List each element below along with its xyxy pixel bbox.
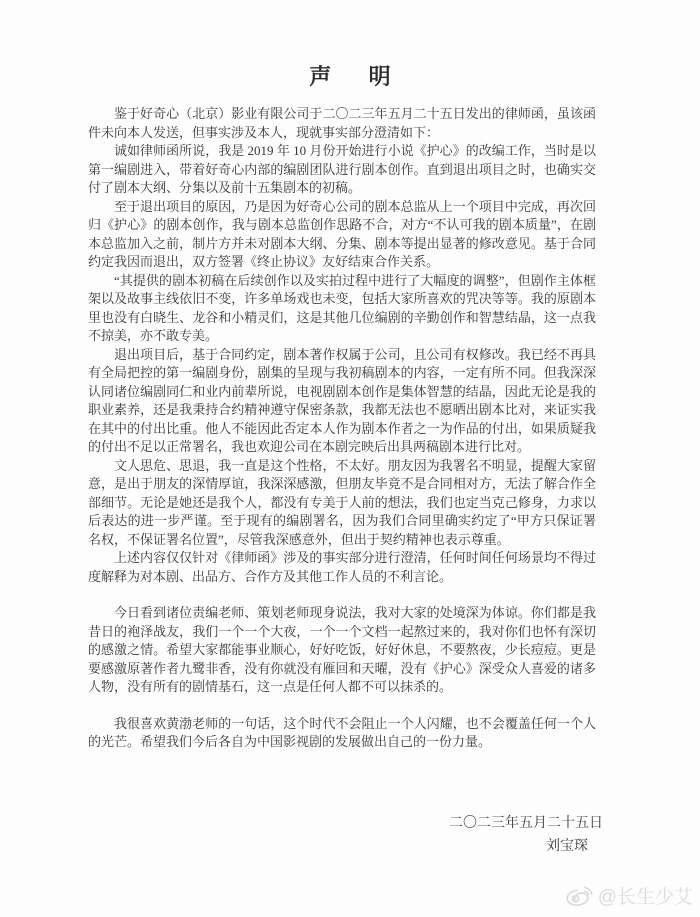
paragraph-5: 退出项目后，基于合同约定，剧本著作权属于公司，且公司有权修改。我已经不再具有全局… xyxy=(88,346,596,457)
paragraph-6: 文人思危、思退，我一直是这个性格，不太好。朋友因为我署名不明显，提醒大家留意，是… xyxy=(88,457,596,550)
paragraph-3: 至于退出项目的原因，乃是因为好奇心公司的剧本总监从上一个项目中完成，再次回归《护… xyxy=(88,198,596,272)
document-title: 声 明 xyxy=(0,60,700,91)
paragraph-4: “其提供的剧本初稿在后续创作以及实拍过程中进行了大幅度的调整”，但剧作主体框架以… xyxy=(88,272,596,346)
weibo-logo-icon xyxy=(564,882,595,909)
statement-document-page: 声 明 鉴于好奇心（北京）影业有限公司于二〇二三年五月二十五日发出的律师函，虽该… xyxy=(0,0,700,917)
signature-name: 刘宝琛 xyxy=(0,835,588,858)
watermark: @长生少艾 xyxy=(564,882,693,909)
document-body: 鉴于好奇心（北京）影业有限公司于二〇二三年五月二十五日发出的律师函，虽该函件未向… xyxy=(88,105,596,752)
paragraph-1: 鉴于好奇心（北京）影业有限公司于二〇二三年五月二十五日发出的律师函，虽该函件未向… xyxy=(88,105,596,142)
watermark-handle: @长生少艾 xyxy=(598,882,693,909)
paragraph-8: 今日看到诸位责编老师、策划老师现身说法，我对大家的处境深为体谅。你们都是我昔日的… xyxy=(88,604,596,697)
date-line: 二〇二三年五月二十五日 xyxy=(0,812,603,835)
paragraph-7: 上述内容仅仅针对《律师函》涉及的事实部分进行澄清，任何时间任何场景均不得过度解释… xyxy=(88,549,596,586)
paragraph-2: 诚如律师函所说，我是 2019 年 10 月份开始进行小说《护心》的改编工作，当… xyxy=(88,142,596,198)
paragraph-9: 我很喜欢黄渤老师的一句话，这个时代不会阻止一个人闪耀，也不会覆盖任何一个人的光芒… xyxy=(88,715,596,752)
signature-block: 二〇二三年五月二十五日 刘宝琛 xyxy=(0,812,700,858)
